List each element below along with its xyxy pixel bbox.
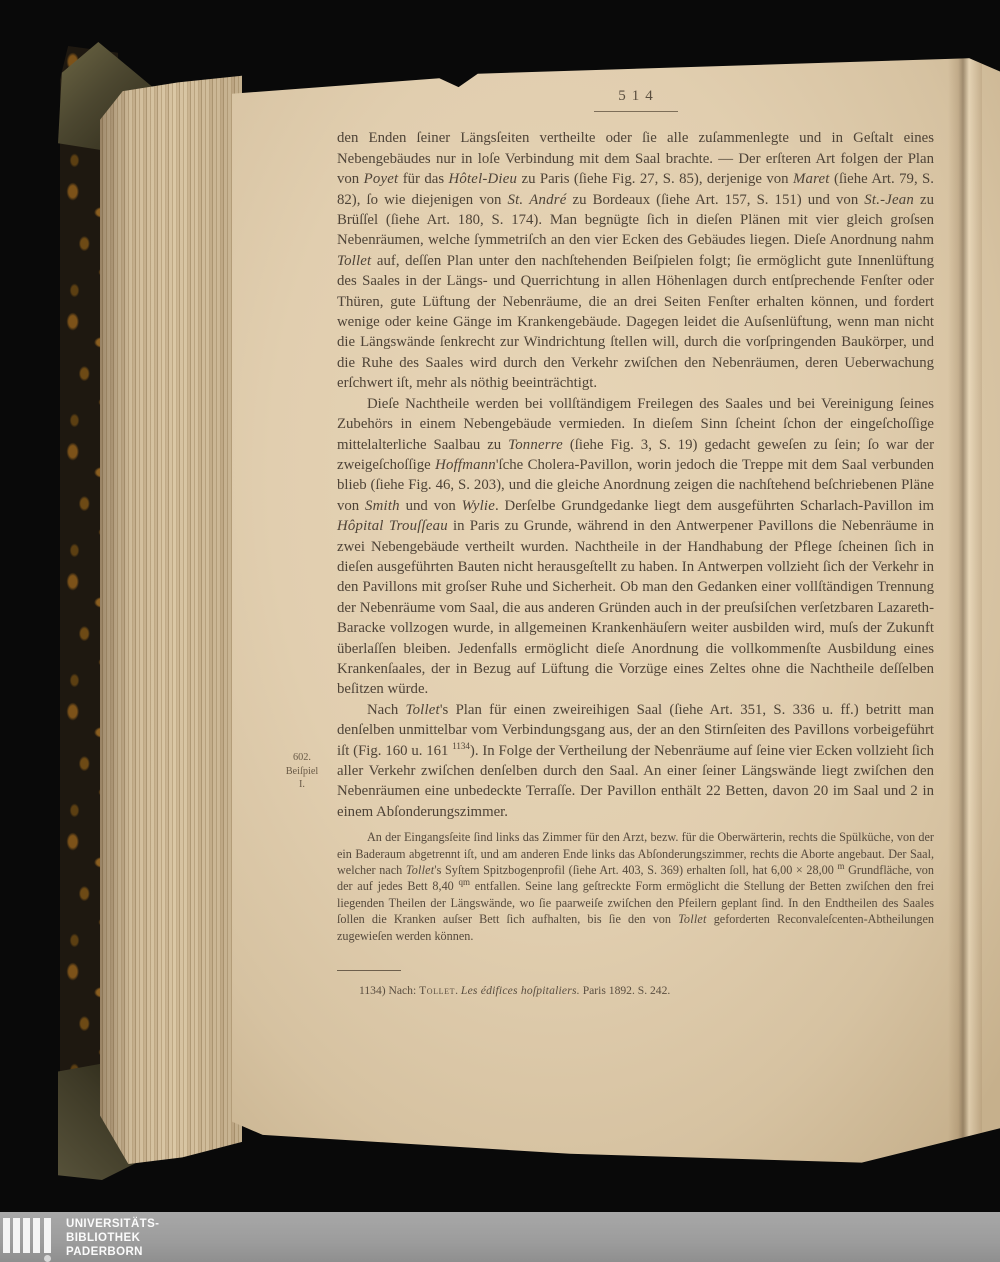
footnote-rule: [337, 970, 401, 971]
margin-note-line: Beiſpiel: [272, 765, 332, 779]
page-number-row: 514: [337, 86, 934, 112]
logo-bar-icon: [23, 1218, 30, 1253]
page-content: 514 den Enden ſeiner Längsſeiten verthei…: [337, 86, 934, 998]
small-print-paragraph: An der Eingangsſeite ſind links das Zimm…: [337, 829, 934, 944]
page-gutter-crease: [948, 56, 982, 1166]
logo-dot-icon: [44, 1255, 51, 1262]
footnote: 1134) Nach: Tollet. Les édifices hoſpita…: [337, 983, 934, 998]
library-name-line: BIBLIOTHEK: [66, 1231, 159, 1245]
library-name-line: UNIVERSITÄTS-: [66, 1217, 159, 1231]
logo-bar-icon: [33, 1218, 40, 1253]
logo-bar-icon: [13, 1218, 20, 1253]
library-name-line: PADERBORN: [66, 1245, 159, 1259]
ub-paderborn-logo-icon: [3, 1218, 57, 1260]
logo-bar-icon: [3, 1218, 10, 1253]
scan-background: 514 den Enden ſeiner Längsſeiten verthei…: [0, 0, 1000, 1262]
margin-note: 602. Beiſpiel I.: [272, 751, 332, 792]
paragraph-1: den Enden ſeiner Längsſeiten vertheilte …: [337, 128, 934, 393]
page-number: 514: [594, 86, 678, 112]
logo-bar-icon: [44, 1218, 51, 1253]
margin-note-line: I.: [272, 778, 332, 792]
library-footer-band: UNIVERSITÄTS- BIBLIOTHEK PADERBORN: [0, 1212, 1000, 1262]
page-edges-stack: [100, 58, 242, 1164]
paragraph-3: Nach Tollet's Plan für einen zweireihige…: [337, 700, 934, 822]
paragraph-2: Dieſe Nachtheile werden bei vollſtändige…: [337, 394, 934, 700]
library-name: UNIVERSITÄTS- BIBLIOTHEK PADERBORN: [66, 1217, 159, 1259]
margin-note-line: 602.: [272, 751, 332, 765]
